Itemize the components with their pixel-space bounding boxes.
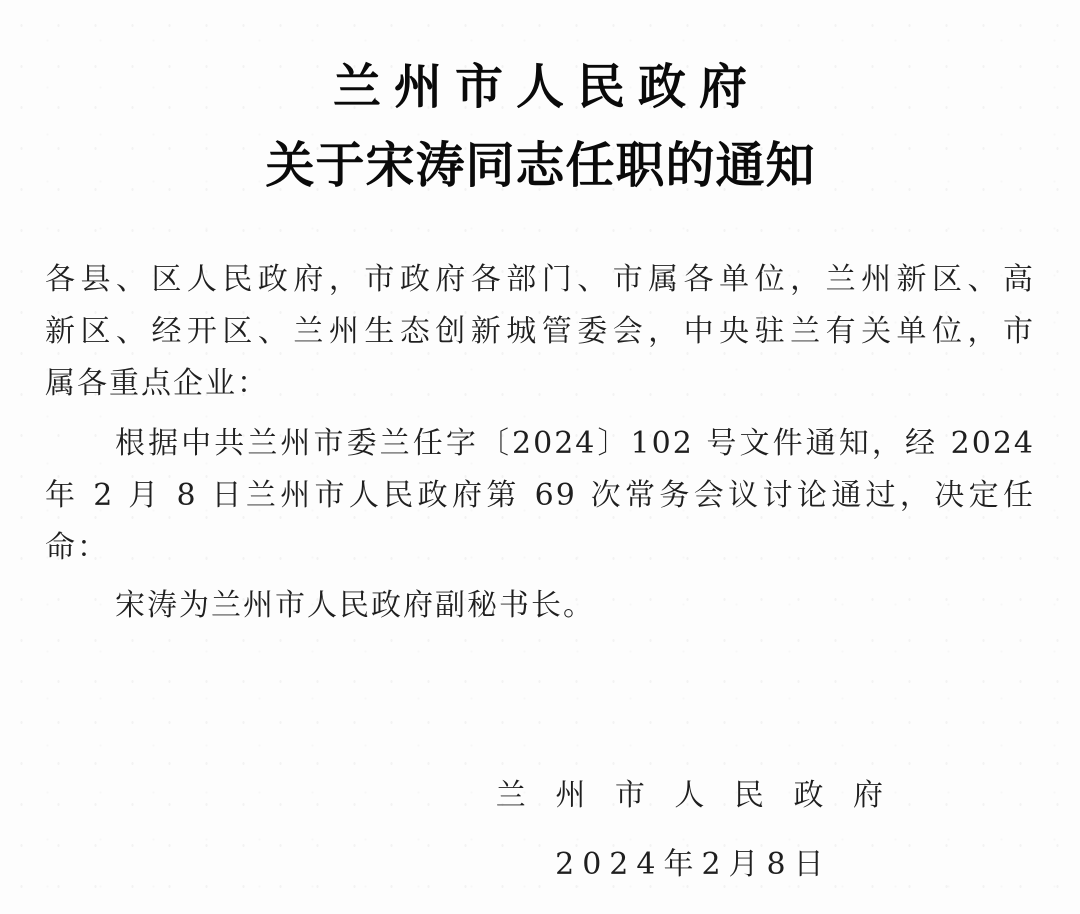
body-line-recipients-1: 各县、区人民政府，市政府各部门、市属各单位，兰州新区、高 (45, 254, 1035, 306)
document-page: 兰州市人民政府 关于宋涛同志任职的通知 各县、区人民政府，市政府各部门、市属各单… (0, 0, 1080, 914)
body-line-basis-1: 根据中共兰州市委兰任字〔2024〕102 号文件通知，经 2024 (45, 418, 1035, 470)
document-body: 各县、区人民政府，市政府各部门、市属各单位，兰州新区、高 新区、经开区、兰州生态… (45, 254, 1035, 632)
signature-date: 2024年2月8日 (486, 844, 893, 886)
title-issuer: 兰州市人民政府 (0, 56, 1080, 118)
body-line-recipients-3: 属各重点企业： (45, 358, 1035, 410)
body-line-appointment: 宋涛为兰州市人民政府副秘书长。 (45, 580, 1035, 632)
body-line-basis-2: 年 2 月 8 日兰州市人民政府第 69 次常务会议讨论通过，决定任 (45, 470, 1035, 522)
title-subject: 关于宋涛同志任职的通知 (0, 134, 1080, 196)
body-line-recipients-2: 新区、经开区、兰州生态创新城管委会，中央驻兰有关单位，市 (45, 306, 1035, 358)
document-title-block: 兰州市人民政府 关于宋涛同志任职的通知 (0, 0, 1080, 196)
signature-issuer: 兰 州 市 人 民 政 府 (486, 775, 893, 817)
body-line-basis-3: 命： (45, 522, 1035, 574)
signature-block: 兰 州 市 人 民 政 府 2024年2月8日 (486, 775, 893, 886)
